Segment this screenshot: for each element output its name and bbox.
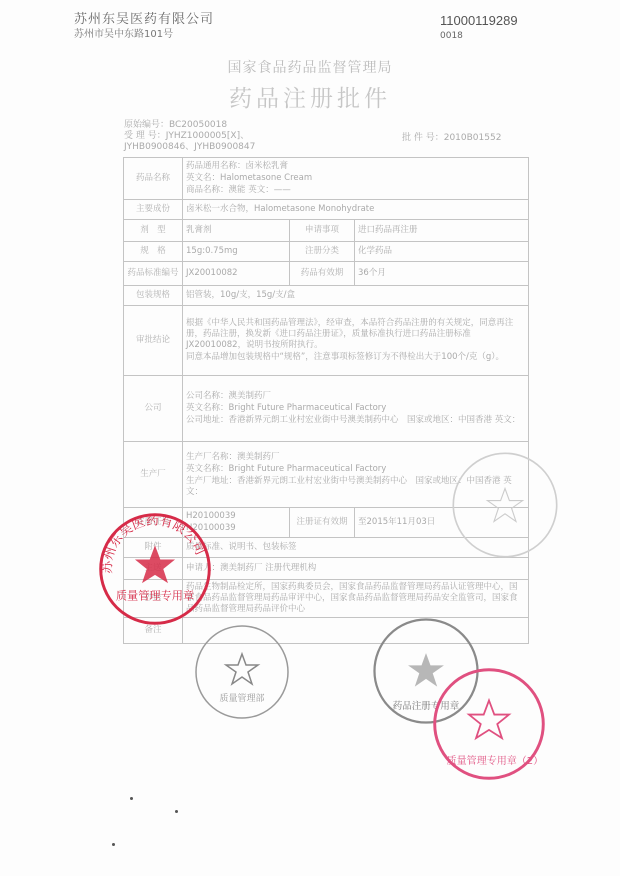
spec-label: 规 格	[124, 242, 183, 262]
reg-category-value: 化学药品	[355, 242, 529, 262]
table-row: 公司 公司名称：澳美制药厂 英文名称：Bright Future Pharmac…	[124, 376, 529, 442]
table-row: 审批结论 根据《中华人民共和国药品管理法》，经审查，本品符合药品注册的有关规定，…	[124, 306, 529, 376]
conclusion-value: 根据《中华人民共和国药品管理法》，经审查，本品符合药品注册的有关规定，同意再注册…	[183, 306, 529, 376]
table-row: 剂 型 乳膏剂 申请事项 进口药品再注册	[124, 220, 529, 242]
application-label: 申请事项	[290, 220, 355, 242]
company-address-line: 公司地址：香港新界元朗工业村宏业街中号澳美制药中心 国家或地区：中国香港 英文：	[186, 415, 525, 426]
copy-label: 抄送	[124, 580, 183, 618]
scan-speck	[112, 843, 115, 846]
document-sub-code: 0018	[440, 31, 463, 41]
conclusion-label: 审批结论	[124, 306, 183, 376]
manufacturer-address: 生产厂地址：香港新界元朗工业村宏业街中号澳美制药中心 国家或地区：中国香港 英文…	[186, 476, 525, 498]
table-row: 抄送 药品生物制品检定所，国家药典委员会，国家食品药品监督管理局药品认证管理中心…	[124, 580, 529, 618]
cc-value: 申请人：澳美制药厂 注册代理机构	[183, 558, 529, 580]
issuing-agency: 国家食品药品监督管理局	[0, 57, 620, 77]
generic-name: 药品通用名称：卤米松乳膏	[186, 161, 525, 172]
document-code: 11000119289	[440, 13, 518, 28]
manufacturer-label: 生产厂	[124, 442, 183, 508]
table-row: 注册证号 H20100039 H20100039 注册证有效期 至2015年11…	[124, 508, 529, 538]
table-row: 包装规格 铝管装，10g/支，15g/支/盒	[124, 286, 529, 306]
agency-stamp-text: 药品注册专用章	[393, 700, 460, 712]
document-title: 药品注册批件	[0, 80, 620, 113]
quality-seal-text: 质量管理专用章（2）	[447, 754, 544, 767]
cert-number-2: H20100039	[186, 523, 286, 534]
acceptance-number-2: JYHB0900846、JYHB0900847	[124, 142, 255, 153]
manufacturer-name-en: 英文名称：Bright Future Pharmaceutical Factor…	[186, 464, 525, 475]
company-address: 苏州市吴中东路101号	[74, 25, 173, 40]
quality-seal-2: 质量管理专用章（2）	[430, 665, 548, 783]
table-row: 规 格 15g:0.75mg 注册分类 化学药品	[124, 242, 529, 262]
original-number: 原始编号：BC20050018	[124, 120, 255, 131]
copy-value: 药品生物制品检定所，国家药典委员会，国家食品药品监督管理局药品认证管理中心，国家…	[183, 580, 529, 618]
application-value: 进口药品再注册	[355, 220, 529, 242]
ingredient-value: 卤米松一水合物，Halometasone Monohydrate	[183, 200, 529, 220]
dosage-form-label: 剂 型	[124, 220, 183, 242]
table-row: 主送 申请人：澳美制药厂 注册代理机构	[124, 558, 529, 580]
company-name-en: 英文名称：Bright Future Pharmaceutical Factor…	[186, 403, 525, 414]
remarks-label: 备注	[124, 618, 183, 644]
cert-valid-label: 注册证有效期	[290, 508, 355, 538]
company-name-cn: 公司名称：澳美制药厂	[186, 391, 525, 402]
standard-value: JX20010082	[183, 262, 290, 286]
cert-value: H20100039 H20100039	[183, 508, 290, 538]
trade-name: 商品名称：澳能 英文：——	[186, 185, 525, 196]
scan-speck	[130, 797, 133, 800]
conclusion-paragraph-2: 同意本品增加包装规格中“规格”，注意事项标签修订为不得检出大于100个/克（g）…	[186, 352, 525, 363]
table-row: 主要成份 卤米松一水合物，Halometasone Monohydrate	[124, 200, 529, 220]
attachment-value: 质量标准、说明书、包装标签	[183, 538, 529, 558]
cert-valid-value: 至2015年11月03日	[355, 508, 529, 538]
remarks-value	[183, 618, 529, 644]
drug-name-value: 药品通用名称：卤米松乳膏 英文名：Halometasone Cream 商品名称…	[183, 158, 529, 200]
packaging-value: 铝管装，10g/支，15g/支/盒	[183, 286, 529, 306]
approval-table: 药品名称 药品通用名称：卤米松乳膏 英文名：Halometasone Cream…	[123, 157, 529, 644]
attachment-label: 附件	[124, 538, 183, 558]
company-label: 公司	[124, 376, 183, 442]
table-row: 生产厂 生产厂名称：澳美制药厂 英文名称：Bright Future Pharm…	[124, 442, 529, 508]
conclusion-paragraph-1: 根据《中华人民共和国药品管理法》，经审查，本品符合药品注册的有关规定，同意再注册…	[186, 318, 525, 351]
cc-label: 主送	[124, 558, 183, 580]
dosage-form-value: 乳膏剂	[183, 220, 290, 242]
drug-name-label: 药品名称	[124, 158, 183, 200]
english-name: 英文名：Halometasone Cream	[186, 173, 525, 184]
table-row: 药品名称 药品通用名称：卤米松乳膏 英文名：Halometasone Cream…	[124, 158, 529, 200]
spec-value: 15g:0.75mg	[183, 242, 290, 262]
manufacturer-name-cn: 生产厂名称：澳美制药厂	[186, 452, 525, 463]
standard-label: 药品标准编号	[124, 262, 183, 286]
approval-number: 批 件 号：2010B01552	[402, 133, 501, 144]
reg-category-label: 注册分类	[290, 242, 355, 262]
ingredient-label: 主要成份	[124, 200, 183, 220]
manufacturer-value: 生产厂名称：澳美制药厂 英文名称：Bright Future Pharmaceu…	[183, 442, 529, 508]
registration-numbers: 原始编号：BC20050018 受 理 号：JYHZ1000005[X]、 JY…	[124, 120, 255, 153]
cert-label: 注册证号	[124, 508, 183, 538]
table-row: 附件 质量标准、说明书、包装标签	[124, 538, 529, 558]
cert-number-1: H20100039	[186, 511, 286, 522]
scan-speck	[175, 810, 178, 813]
packaging-label: 包装规格	[124, 286, 183, 306]
validity-value: 36个月	[355, 262, 529, 286]
table-row: 备注	[124, 618, 529, 644]
validity-label: 药品有效期	[290, 262, 355, 286]
gd-stamp-text: 质量管理部	[219, 692, 264, 704]
company-value: 公司名称：澳美制药厂 英文名称：Bright Future Pharmaceut…	[183, 376, 529, 442]
table-row: 药品标准编号 JX20010082 药品有效期 36个月	[124, 262, 529, 286]
acceptance-number: 受 理 号：JYHZ1000005[X]、	[124, 131, 255, 142]
